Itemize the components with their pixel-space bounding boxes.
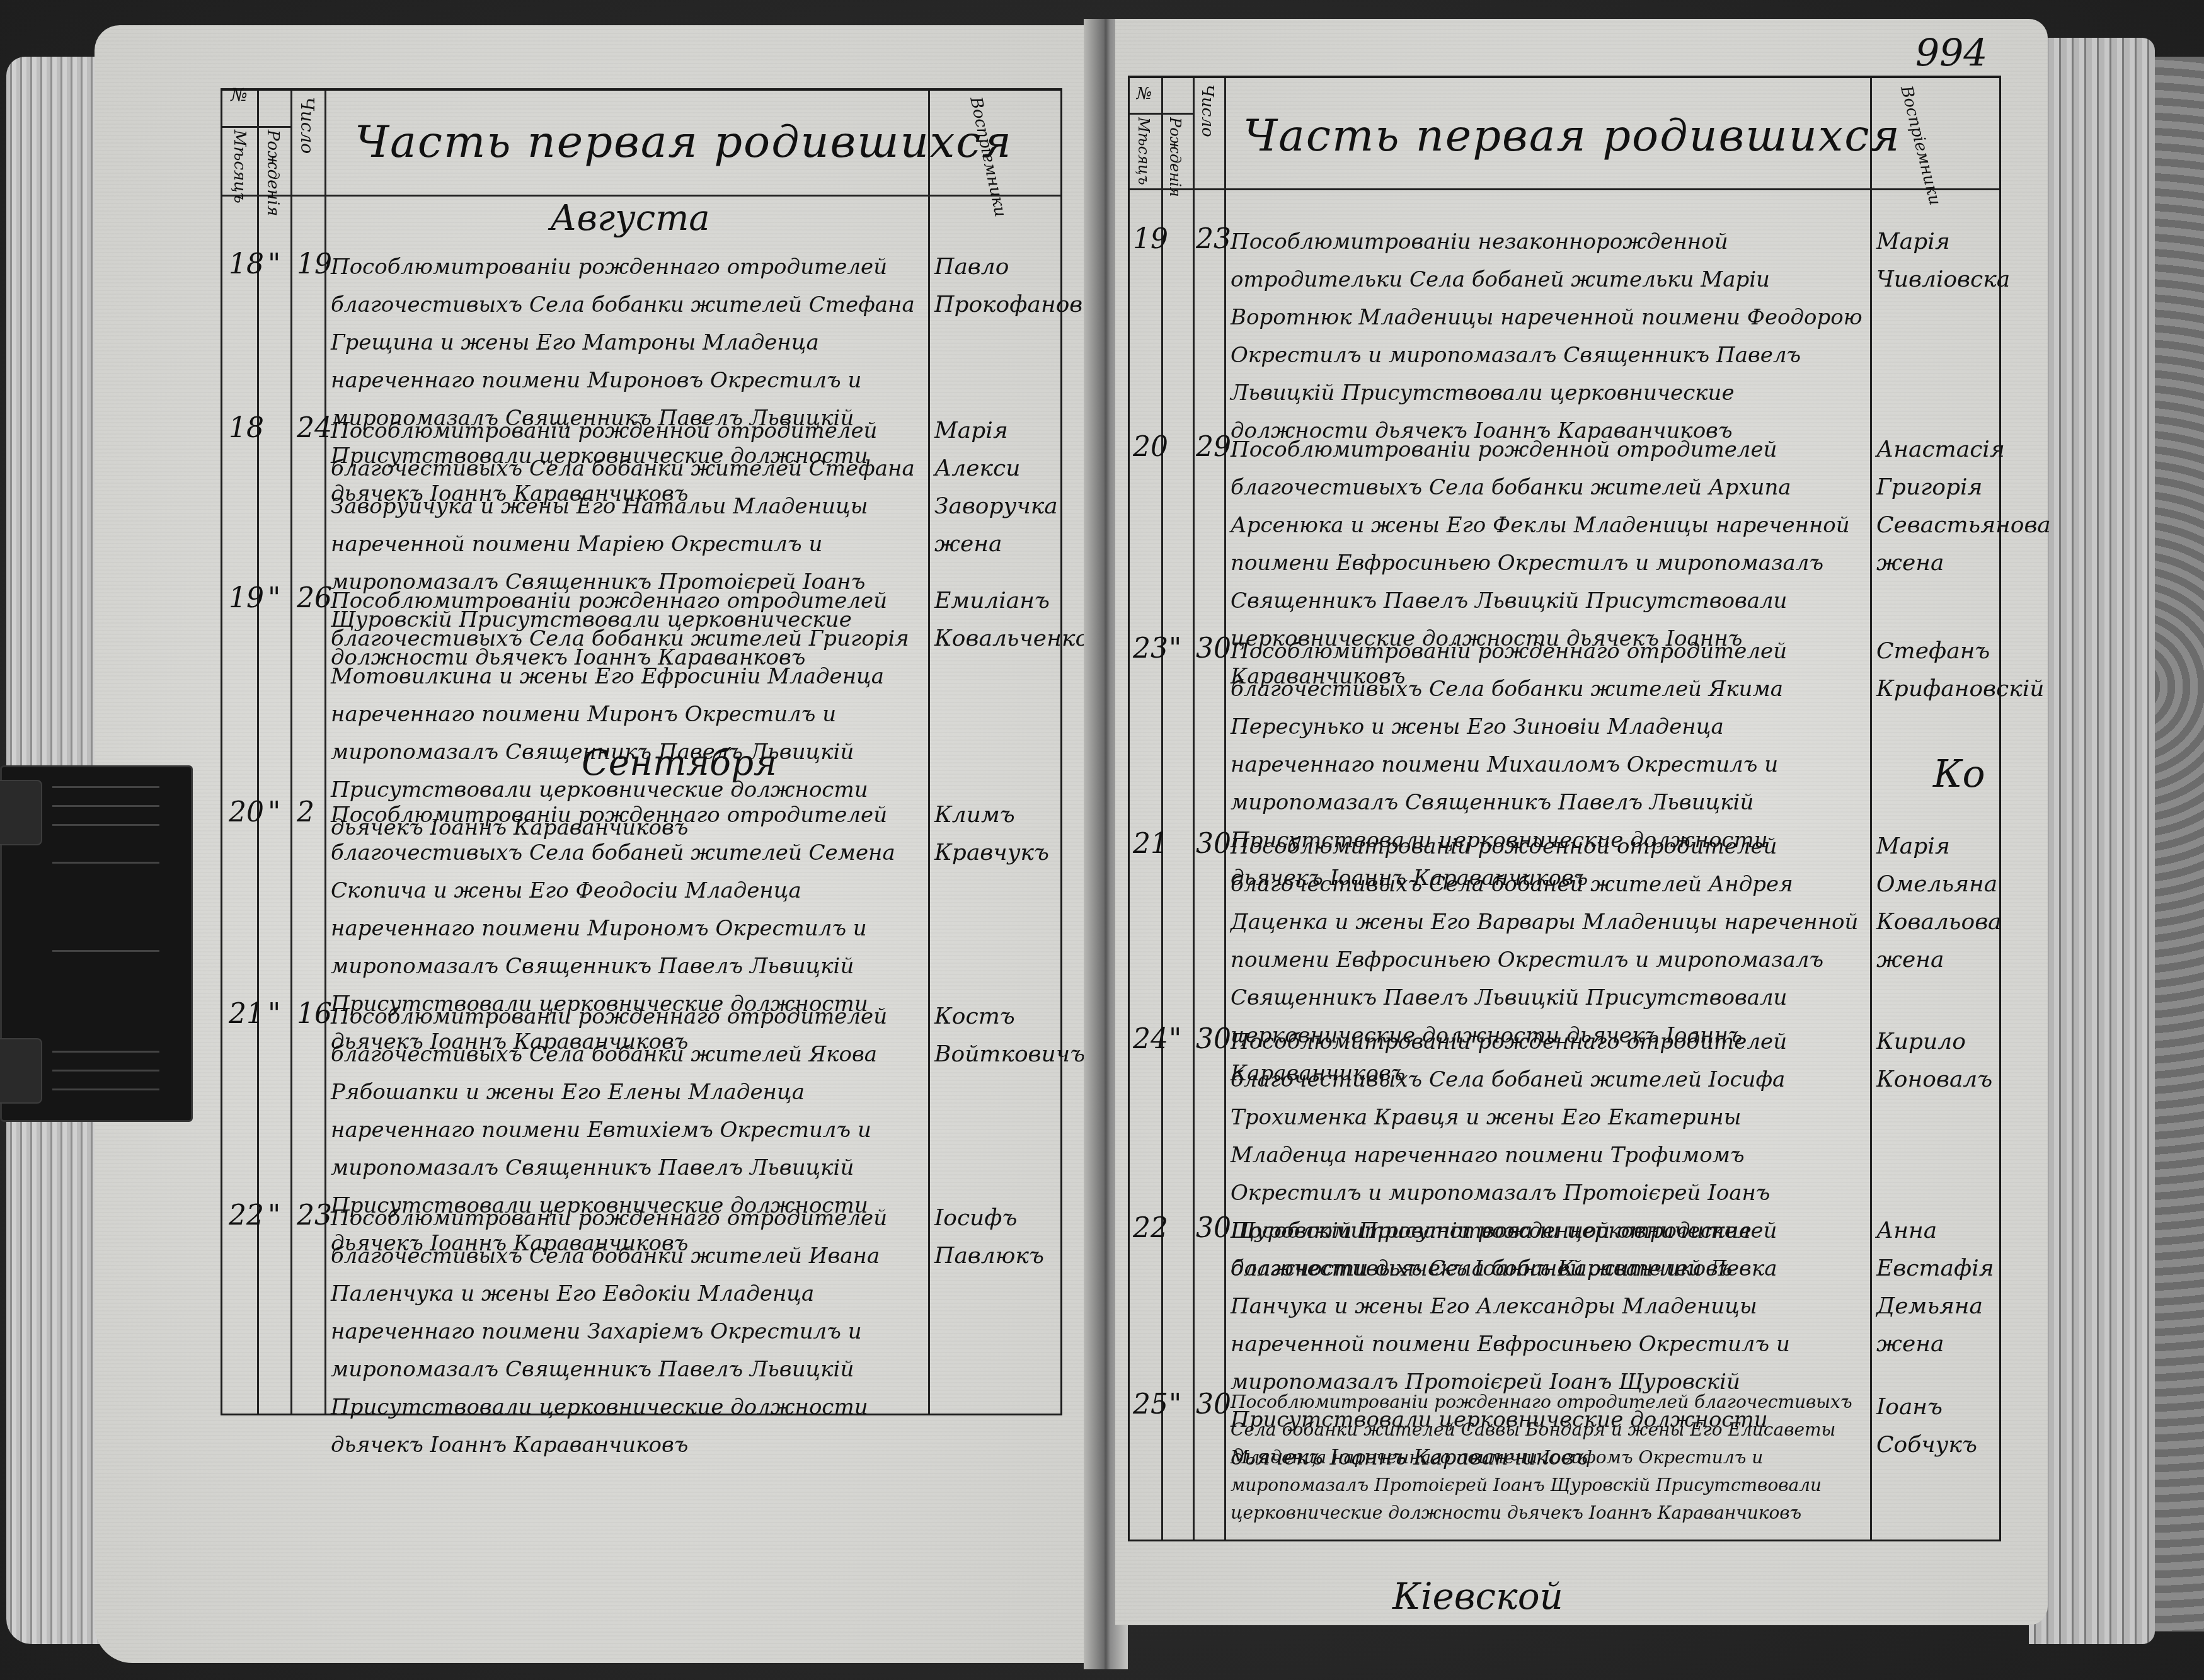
header-subdivider bbox=[222, 126, 290, 128]
entry-number: 22 bbox=[1133, 1212, 1168, 1244]
register-entry: 20 " 2 Пособлюмитрованіи рожденнаго отро… bbox=[222, 796, 1060, 973]
clamp-knob bbox=[0, 1038, 42, 1104]
entry-godparent: Іоанъ Собчукъ bbox=[1876, 1388, 1996, 1464]
right-page: 994 № Мѣсяцъ Рожденія Число Воспріемники… bbox=[1115, 19, 2048, 1625]
register-entry: 19 " 26 Пособлюмитрованіи рожденнаго отр… bbox=[222, 582, 1060, 733]
header-month: Мѣсяцъ bbox=[230, 130, 249, 203]
entry-godparent: Климъ Кравчукъ bbox=[934, 796, 1054, 872]
entry-day: 23 bbox=[1196, 223, 1231, 255]
entry-godparent: Анастасія Григорія Севастьянова жена bbox=[1876, 431, 1996, 582]
header-no: № bbox=[1135, 84, 1154, 103]
entry-day: 19 bbox=[297, 248, 332, 280]
month-heading-august: Августа bbox=[550, 198, 710, 239]
entry-godparent: Павло Прокофановичъ bbox=[934, 248, 1054, 324]
left-ledger-table: № Мѣсяцъ Рожденія Число Воспріемники Час… bbox=[221, 88, 1062, 1415]
entry-month-mark: " bbox=[1169, 632, 1181, 665]
register-entry: 19 23 Пособлюмитрованіи незаконнорожденн… bbox=[1130, 223, 1999, 412]
entry-number: 19 bbox=[1133, 223, 1168, 255]
entry-day: 30 bbox=[1196, 632, 1231, 665]
entry-godparent: Анна Евстафія Демьяна жена bbox=[1876, 1212, 1996, 1363]
entry-number: 23 bbox=[1133, 632, 1168, 665]
header-number: Число bbox=[1198, 84, 1217, 137]
entry-text: Пособлюмитрованіи рожденнаго отродителей… bbox=[331, 1199, 923, 1464]
entry-day: 30 bbox=[1196, 828, 1231, 860]
entry-number: 22 bbox=[229, 1199, 264, 1231]
header-birth: Рожденія bbox=[1166, 117, 1184, 197]
register-entry: 18 " 19 Пособлюмитрованіи рожденнаго отр… bbox=[222, 248, 1060, 399]
entry-number: 18 bbox=[229, 412, 264, 444]
entry-month-mark: " bbox=[268, 998, 280, 1030]
entry-month-mark: " bbox=[1169, 1023, 1181, 1055]
entry-day: 30 bbox=[1196, 1388, 1231, 1420]
entry-day: 30 bbox=[1196, 1023, 1231, 1055]
entry-number: 21 bbox=[1133, 828, 1168, 860]
entry-number: 20 bbox=[229, 796, 264, 828]
entry-month-mark: " bbox=[1169, 1388, 1181, 1420]
entry-godparent: Костъ Войтковичъ bbox=[934, 998, 1054, 1073]
header-subdivider bbox=[1130, 113, 1193, 115]
entry-day: 23 bbox=[297, 1199, 332, 1231]
entry-number: 18 bbox=[229, 248, 264, 280]
entry-month-mark: " bbox=[268, 796, 280, 828]
entry-month-mark: " bbox=[268, 582, 280, 614]
register-entry: 25 " 30 Пособлюмитрованіи рожденнаго отр… bbox=[1130, 1388, 1999, 1533]
right-ledger-table: № Мѣсяцъ Рожденія Число Воспріемники Час… bbox=[1128, 76, 2001, 1541]
header-divider bbox=[1130, 188, 1999, 190]
register-entry: 21 " 16 Пособлюмитрованіи рожденнаго отр… bbox=[222, 998, 1060, 1174]
register-entry: 21 30 Пособлюмитрованіи рожденной отроди… bbox=[1130, 828, 1999, 1017]
register-entry: 22 30 Пособлюмитрованіи рожденной отроди… bbox=[1130, 1212, 1999, 1376]
entry-godparent: Стефанъ Крифановскій bbox=[1876, 632, 1996, 708]
page-title: Часть первая родившихся bbox=[355, 116, 1013, 168]
entry-text: Пособлюмитрованіи рожденнаго отродителей… bbox=[1231, 1388, 1864, 1527]
entry-godparent: Кирило Коновалъ bbox=[1876, 1023, 1996, 1099]
entry-day: 30 bbox=[1196, 1212, 1231, 1244]
register-entry: 22 " 23 Пособлюмитрованіи рожденнаго отр… bbox=[222, 1199, 1060, 1388]
register-entry: 24 " 30 Пособлюмитрованіи рожденнаго отр… bbox=[1130, 1023, 1999, 1212]
entry-godparent: Марія Чивліовска bbox=[1876, 223, 1996, 299]
binder-clamp bbox=[0, 765, 193, 1122]
entry-number: 25 bbox=[1133, 1388, 1168, 1420]
folio-number: 994 bbox=[1915, 31, 1988, 76]
entry-godparent: Емиліанъ Ковальченко bbox=[934, 582, 1054, 658]
entry-number: 24 bbox=[1133, 1023, 1168, 1055]
header-month: Мѣсяцъ bbox=[1135, 117, 1152, 185]
entry-godparent: Марія Омельяна Ковальова жена bbox=[1876, 828, 1996, 979]
page-stack-right bbox=[2029, 38, 2155, 1644]
header-divider bbox=[222, 195, 1060, 197]
page-title: Часть первая родившихся bbox=[1243, 110, 1901, 161]
register-entry: 18 24 Пособлюмитрованіи рожденной отроди… bbox=[222, 412, 1060, 563]
entry-number: 21 bbox=[229, 998, 264, 1030]
entry-day: 16 bbox=[297, 998, 332, 1030]
entry-godparent: Марія Алекси Заворучка жена bbox=[934, 412, 1054, 563]
clamp-knob bbox=[0, 780, 42, 845]
entry-number: 20 bbox=[1133, 431, 1168, 463]
footer-signature: Кіевской bbox=[1392, 1575, 1563, 1618]
entry-text: Пособлюмитрованіи незаконнорожденной отр… bbox=[1231, 223, 1864, 450]
header-birth: Рожденія bbox=[263, 130, 282, 216]
entry-number: 19 bbox=[229, 582, 264, 614]
entry-month-mark: " bbox=[268, 1199, 280, 1231]
entry-day: 29 bbox=[1196, 431, 1231, 463]
header-number: Число bbox=[297, 97, 318, 154]
header-no: № bbox=[229, 84, 250, 105]
entry-month-mark: " bbox=[268, 248, 280, 280]
entry-godparent: Іосифъ Павлюкъ bbox=[934, 1199, 1054, 1275]
entry-day: 2 bbox=[297, 796, 314, 828]
margin-mark: Ко bbox=[1933, 752, 1985, 796]
register-entry: 20 29 Пособлюмитрованіи рожденной отроди… bbox=[1130, 431, 1999, 620]
register-entry: 23 " 30 Пособлюмитрованіи рожденнаго отр… bbox=[1130, 632, 1999, 821]
left-page: № Мѣсяцъ Рожденія Число Воспріемники Час… bbox=[95, 25, 1090, 1663]
entry-day: 26 bbox=[297, 582, 332, 614]
entry-day: 24 bbox=[297, 412, 332, 444]
